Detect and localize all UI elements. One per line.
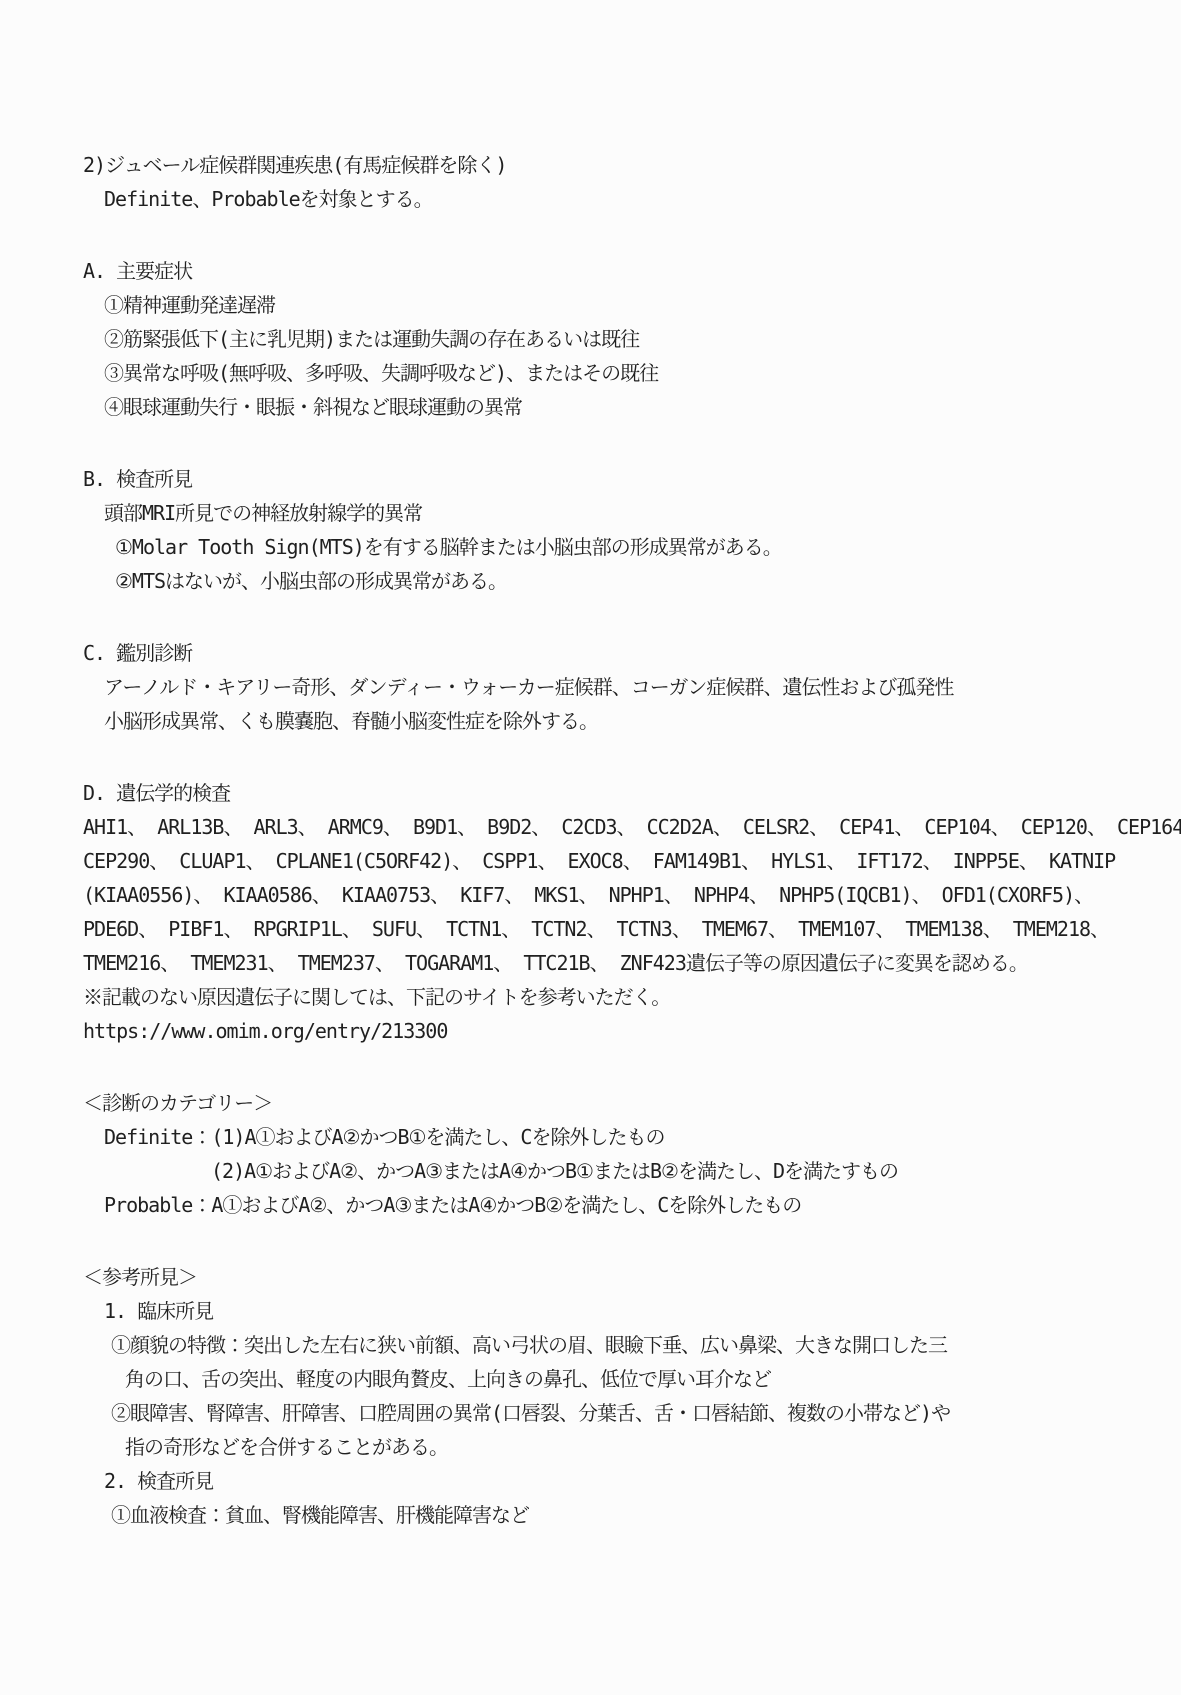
section-a-item-4: ④眼球運動失行・眼振・斜視など眼球運動の異常 xyxy=(83,390,1181,424)
laboratory-item-1: ①血液検査：貧血、腎機能障害、肝機能障害など xyxy=(83,1498,1181,1532)
section-d-heading: D. 遺伝学的検査 xyxy=(83,776,1181,810)
gene-list-line-5: TMEM216、 TMEM231、 TMEM237、 TOGARAM1、 TTC… xyxy=(83,946,1181,980)
clinical-item-1-line-1: ①顔貌の特徴：突出した左右に狭い前額、高い弓状の眉、眼瞼下垂、広い鼻梁、大きな開… xyxy=(83,1328,1181,1362)
laboratory-findings-heading: 2. 検査所見 xyxy=(83,1464,1181,1498)
clinical-item-2-line-1: ②眼障害、腎障害、肝障害、口腔周囲の異常(口唇裂、分葉舌、舌・口唇結節、複数の小… xyxy=(83,1396,1181,1430)
definite-criteria-line-1: Definite：(1)A①およびA②かつB①を満たし、Cを除外したもの xyxy=(83,1120,1181,1154)
section-c-body-line-1: アーノルド・キアリー奇形、ダンディー・ウォーカー症候群、コーガン症候群、遺伝性お… xyxy=(83,670,1181,704)
section-gap xyxy=(83,1048,1181,1086)
clinical-findings-heading: 1. 臨床所見 xyxy=(83,1294,1181,1328)
section-a-heading: A. 主要症状 xyxy=(83,254,1181,288)
section-gap xyxy=(83,738,1181,776)
definite-criteria-line-2: (2)A①およびA②、かつA③またはA④かつB①またはB②を満たし、Dを満たすも… xyxy=(83,1154,1181,1188)
omim-url-text: https://www.omim.org/entry/213300 xyxy=(83,1014,1181,1048)
section-a-item-2: ②筋緊張低下(主に乳児期)または運動失調の存在あるいは既往 xyxy=(83,322,1181,356)
diagnostic-criteria-document: 2)ジュベール症候群関連疾患(有馬症候群を除く) Definite、Probab… xyxy=(83,148,1181,1532)
reference-findings-heading: ＜参考所見＞ xyxy=(83,1260,1181,1294)
section-a-item-3: ③異常な呼吸(無呼吸、多呼吸、失調呼吸など)、またはその既往 xyxy=(83,356,1181,390)
section-b-heading: B. 検査所見 xyxy=(83,462,1181,496)
section-c-heading: C. 鑑別診断 xyxy=(83,636,1181,670)
section-gap xyxy=(83,216,1181,254)
section-gap xyxy=(83,598,1181,636)
section-gap xyxy=(83,424,1181,462)
document-page: 2)ジュベール症候群関連疾患(有馬症候群を除く) Definite、Probab… xyxy=(0,0,1181,1695)
diagnosis-category-heading: ＜診断のカテゴリー＞ xyxy=(83,1086,1181,1120)
section-b-subheading: 頭部MRI所見での神経放射線学的異常 xyxy=(83,496,1181,530)
probable-criteria-line: Probable：A①およびA②、かつA③またはA④かつB②を満たし、Cを除外し… xyxy=(83,1188,1181,1222)
section-gap xyxy=(83,1222,1181,1260)
gene-list-line-4: PDE6D、 PIBF1、 RPGRIP1L、 SUFU、 TCTN1、 TCT… xyxy=(83,912,1181,946)
clinical-item-1-line-2: 角の口、舌の突出、軽度の内眼角贅皮、上向きの鼻孔、低位で厚い耳介など xyxy=(83,1362,1181,1396)
gene-note: ※記載のない原因遺伝子に関しては、下記のサイトを参考いただく。 xyxy=(83,980,1181,1014)
gene-list-line-1: AHI1、 ARL13B、 ARL3、 ARMC9、 B9D1、 B9D2、 C… xyxy=(83,810,1181,844)
gene-list-line-3: (KIAA0556)、 KIAA0586、 KIAA0753、 KIF7、 MK… xyxy=(83,878,1181,912)
gene-list-line-2: CEP290、 CLUAP1、 CPLANE1(C5ORF42)、 CSPP1、… xyxy=(83,844,1181,878)
section-c-body-line-2: 小脳形成異常、くも膜嚢胞、脊髄小脳変性症を除外する。 xyxy=(83,704,1181,738)
target-statement: Definite、Probableを対象とする。 xyxy=(83,182,1181,216)
section-b-item-1: ①Molar Tooth Sign(MTS)を有する脳幹または小脳虫部の形成異常… xyxy=(83,530,1181,564)
disease-heading: 2)ジュベール症候群関連疾患(有馬症候群を除く) xyxy=(83,148,1181,182)
section-b-item-2: ②MTSはないが、小脳虫部の形成異常がある。 xyxy=(83,564,1181,598)
clinical-item-2-line-2: 指の奇形などを合併することがある。 xyxy=(83,1430,1181,1464)
section-a-item-1: ①精神運動発達遅滞 xyxy=(83,288,1181,322)
